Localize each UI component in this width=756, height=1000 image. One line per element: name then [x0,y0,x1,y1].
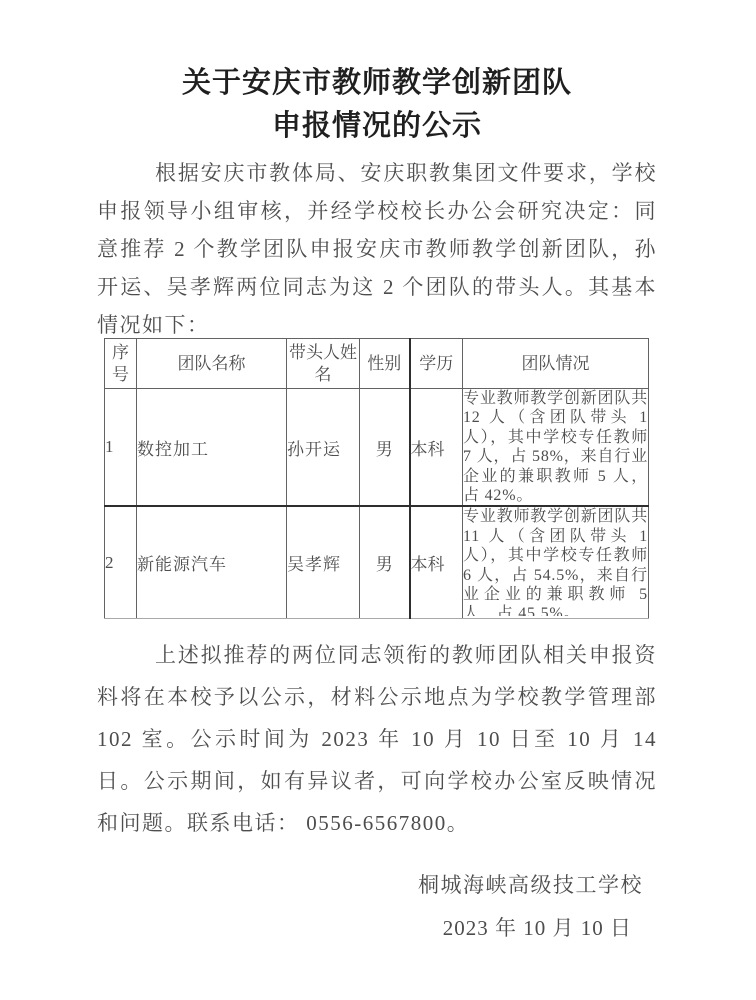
signature-block: 桐城海峡高级技工学校 2023 年 10 月 10 日 [97,864,657,950]
signature-date: 2023 年 10 月 10 日 [97,907,632,950]
row2-gender: 男 [360,506,410,618]
row2-team-name: 新能源汽车 [137,506,287,618]
table-header-row: 序号 团队名称 带头人姓名 性别 学历 团队情况 [105,339,649,389]
row2-leader-name: 吴孝辉 [287,506,360,618]
document-title-line1: 关于安庆市教师教学创新团队 [97,62,657,105]
intro-paragraph: 根据安庆市教体局、安庆职教集团文件要求，学校申报领导小组审核，并经学校校长办公会… [97,154,657,344]
row1-team-details: 专业教师教学创新团队共 12 人（含团队带头 1 人），其中学校专任教师 7 人… [463,389,649,507]
notice-document: 关于安庆市教师教学创新团队 申报情况的公示 根据安庆市教体局、安庆职教集团文件要… [0,0,756,1000]
header-leader-name: 带头人姓名 [287,339,360,389]
signature-organization: 桐城海峡高级技工学校 [97,864,643,907]
row1-leader-name: 孙开运 [287,389,360,507]
header-gender: 性别 [360,339,410,389]
row2-team-details-text: 专业教师教学创新团队共 11 人（含团队带头 1 人），其中学校专任教师 6 人… [463,507,648,616]
row1-team-name: 数控加工 [137,389,287,507]
closing-paragraph: 上述拟推荐的两位同志领衔的教师团队相关申报资料将在本校予以公示，材料公示地点为学… [97,634,657,844]
header-team-details: 团队情况 [463,339,649,389]
teams-table: 序号 团队名称 带头人姓名 性别 学历 团队情况 1 数控加工 孙开运 男 本科… [104,338,649,619]
header-index: 序号 [105,339,137,389]
header-education: 学历 [410,339,463,389]
table-row: 1 数控加工 孙开运 男 本科 专业教师教学创新团队共 12 人（含团队带头 1… [105,389,649,507]
document-title-line2: 申报情况的公示 [97,105,657,148]
row2-details-clip: 专业教师教学创新团队共 11 人（含团队带头 1 人），其中学校专任教师 6 人… [463,507,648,616]
row1-team-details-text: 专业教师教学创新团队共 12 人（含团队带头 1 人），其中学校专任教师 7 人… [463,389,648,505]
row1-education: 本科 [410,389,463,507]
document-title: 关于安庆市教师教学创新团队 申报情况的公示 [97,62,657,148]
header-team-name: 团队名称 [137,339,287,389]
row2-team-details: 专业教师教学创新团队共 11 人（含团队带头 1 人），其中学校专任教师 6 人… [463,506,649,618]
row1-gender: 男 [360,389,410,507]
row1-index: 1 [105,389,137,507]
row2-education: 本科 [410,506,463,618]
row2-index: 2 [105,506,137,618]
table-row: 2 新能源汽车 吴孝辉 男 本科 专业教师教学创新团队共 11 人（含团队带头 … [105,506,649,618]
